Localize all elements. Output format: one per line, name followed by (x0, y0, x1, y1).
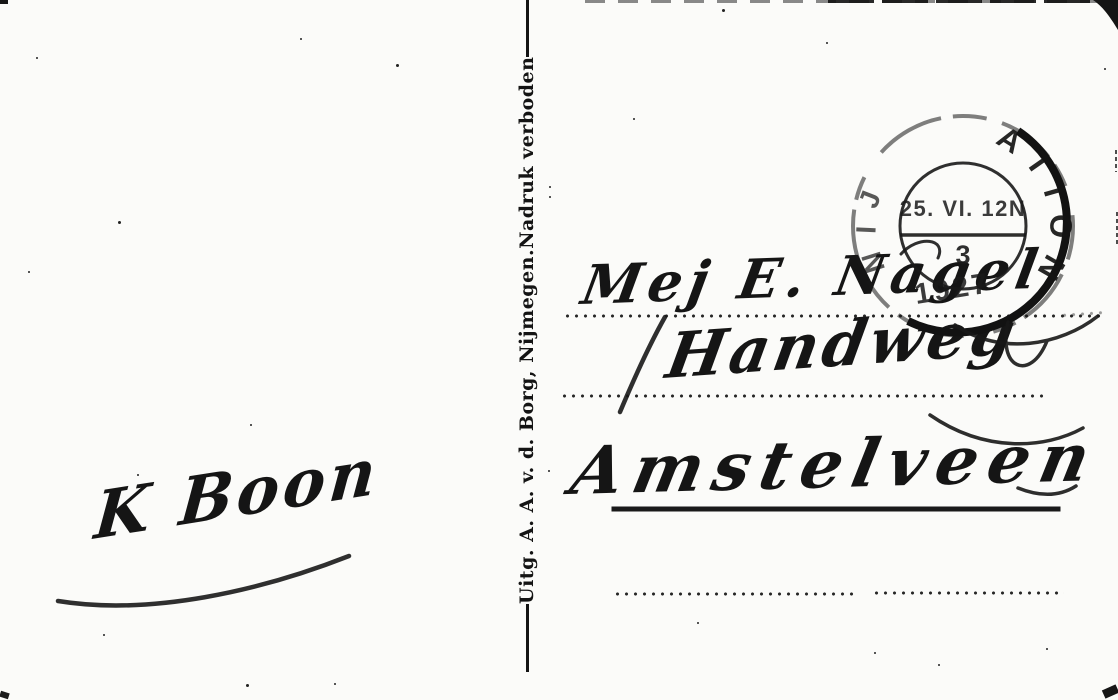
scan-speck (938, 664, 940, 666)
scan-speck (1040, 160, 1042, 162)
copyright-notice: Nadruk verboden (516, 57, 538, 249)
postmark-ring-text-left: NIJ (850, 172, 892, 277)
postmark-slot-number: 3 (955, 240, 970, 270)
scan-corner-bottom-right (1102, 684, 1118, 698)
scan-speck (103, 634, 105, 636)
postmark-year: 1927 (912, 267, 993, 311)
scan-speck (28, 271, 30, 273)
flourish-signature-swash (58, 556, 349, 605)
scan-speck (118, 221, 121, 224)
scan-edge-right (1115, 150, 1117, 172)
scan-speck (250, 424, 252, 426)
scan-speck (246, 684, 249, 687)
postmark-stamp: ATION NIJ 25. VI. 12N 3 1927 (836, 96, 1092, 342)
address-underline-3 (612, 507, 1060, 511)
scan-corner-bottom-left (0, 691, 10, 699)
scan-speck (874, 652, 876, 654)
publisher-text: Uitg. A. A. v. d. Borg, Nijmegen. (516, 249, 538, 604)
scan-speck (633, 118, 635, 120)
scan-speck (36, 57, 38, 59)
scan-speck (697, 622, 699, 624)
scan-speck (396, 64, 399, 67)
scan-speck (549, 196, 551, 198)
scan-speck (1104, 68, 1106, 70)
svg-text:NIJ: NIJ (850, 172, 892, 277)
postmark-inner-ring (900, 163, 1026, 289)
scan-speck (334, 683, 336, 685)
imprint-rule (526, 604, 529, 672)
scan-corner-top-left (0, 0, 8, 4)
scan-speck (137, 474, 139, 476)
address-dotted-line-4 (613, 592, 858, 596)
imprint-rule (526, 0, 529, 57)
scan-speck (300, 38, 302, 40)
scan-speck (548, 470, 550, 472)
scan-speck (826, 42, 828, 44)
scan-speck (1046, 648, 1048, 650)
scan-edge-top-dark (828, 0, 1096, 3)
scan-speck (549, 186, 551, 188)
address-dotted-line-2 (560, 394, 1048, 398)
signature: K Boon (92, 439, 382, 550)
address-dotted-line-4 (872, 591, 1064, 595)
postmark-date: 25. VI. 12N (900, 196, 1027, 221)
publisher-imprint: Uitg. A. A. v. d. Borg, Nijmegen. Nadruk… (516, 54, 538, 672)
scan-speck (722, 9, 725, 12)
scan-corner-top-right (1093, 0, 1118, 30)
address-line-3: Amstelveen (566, 424, 1105, 504)
